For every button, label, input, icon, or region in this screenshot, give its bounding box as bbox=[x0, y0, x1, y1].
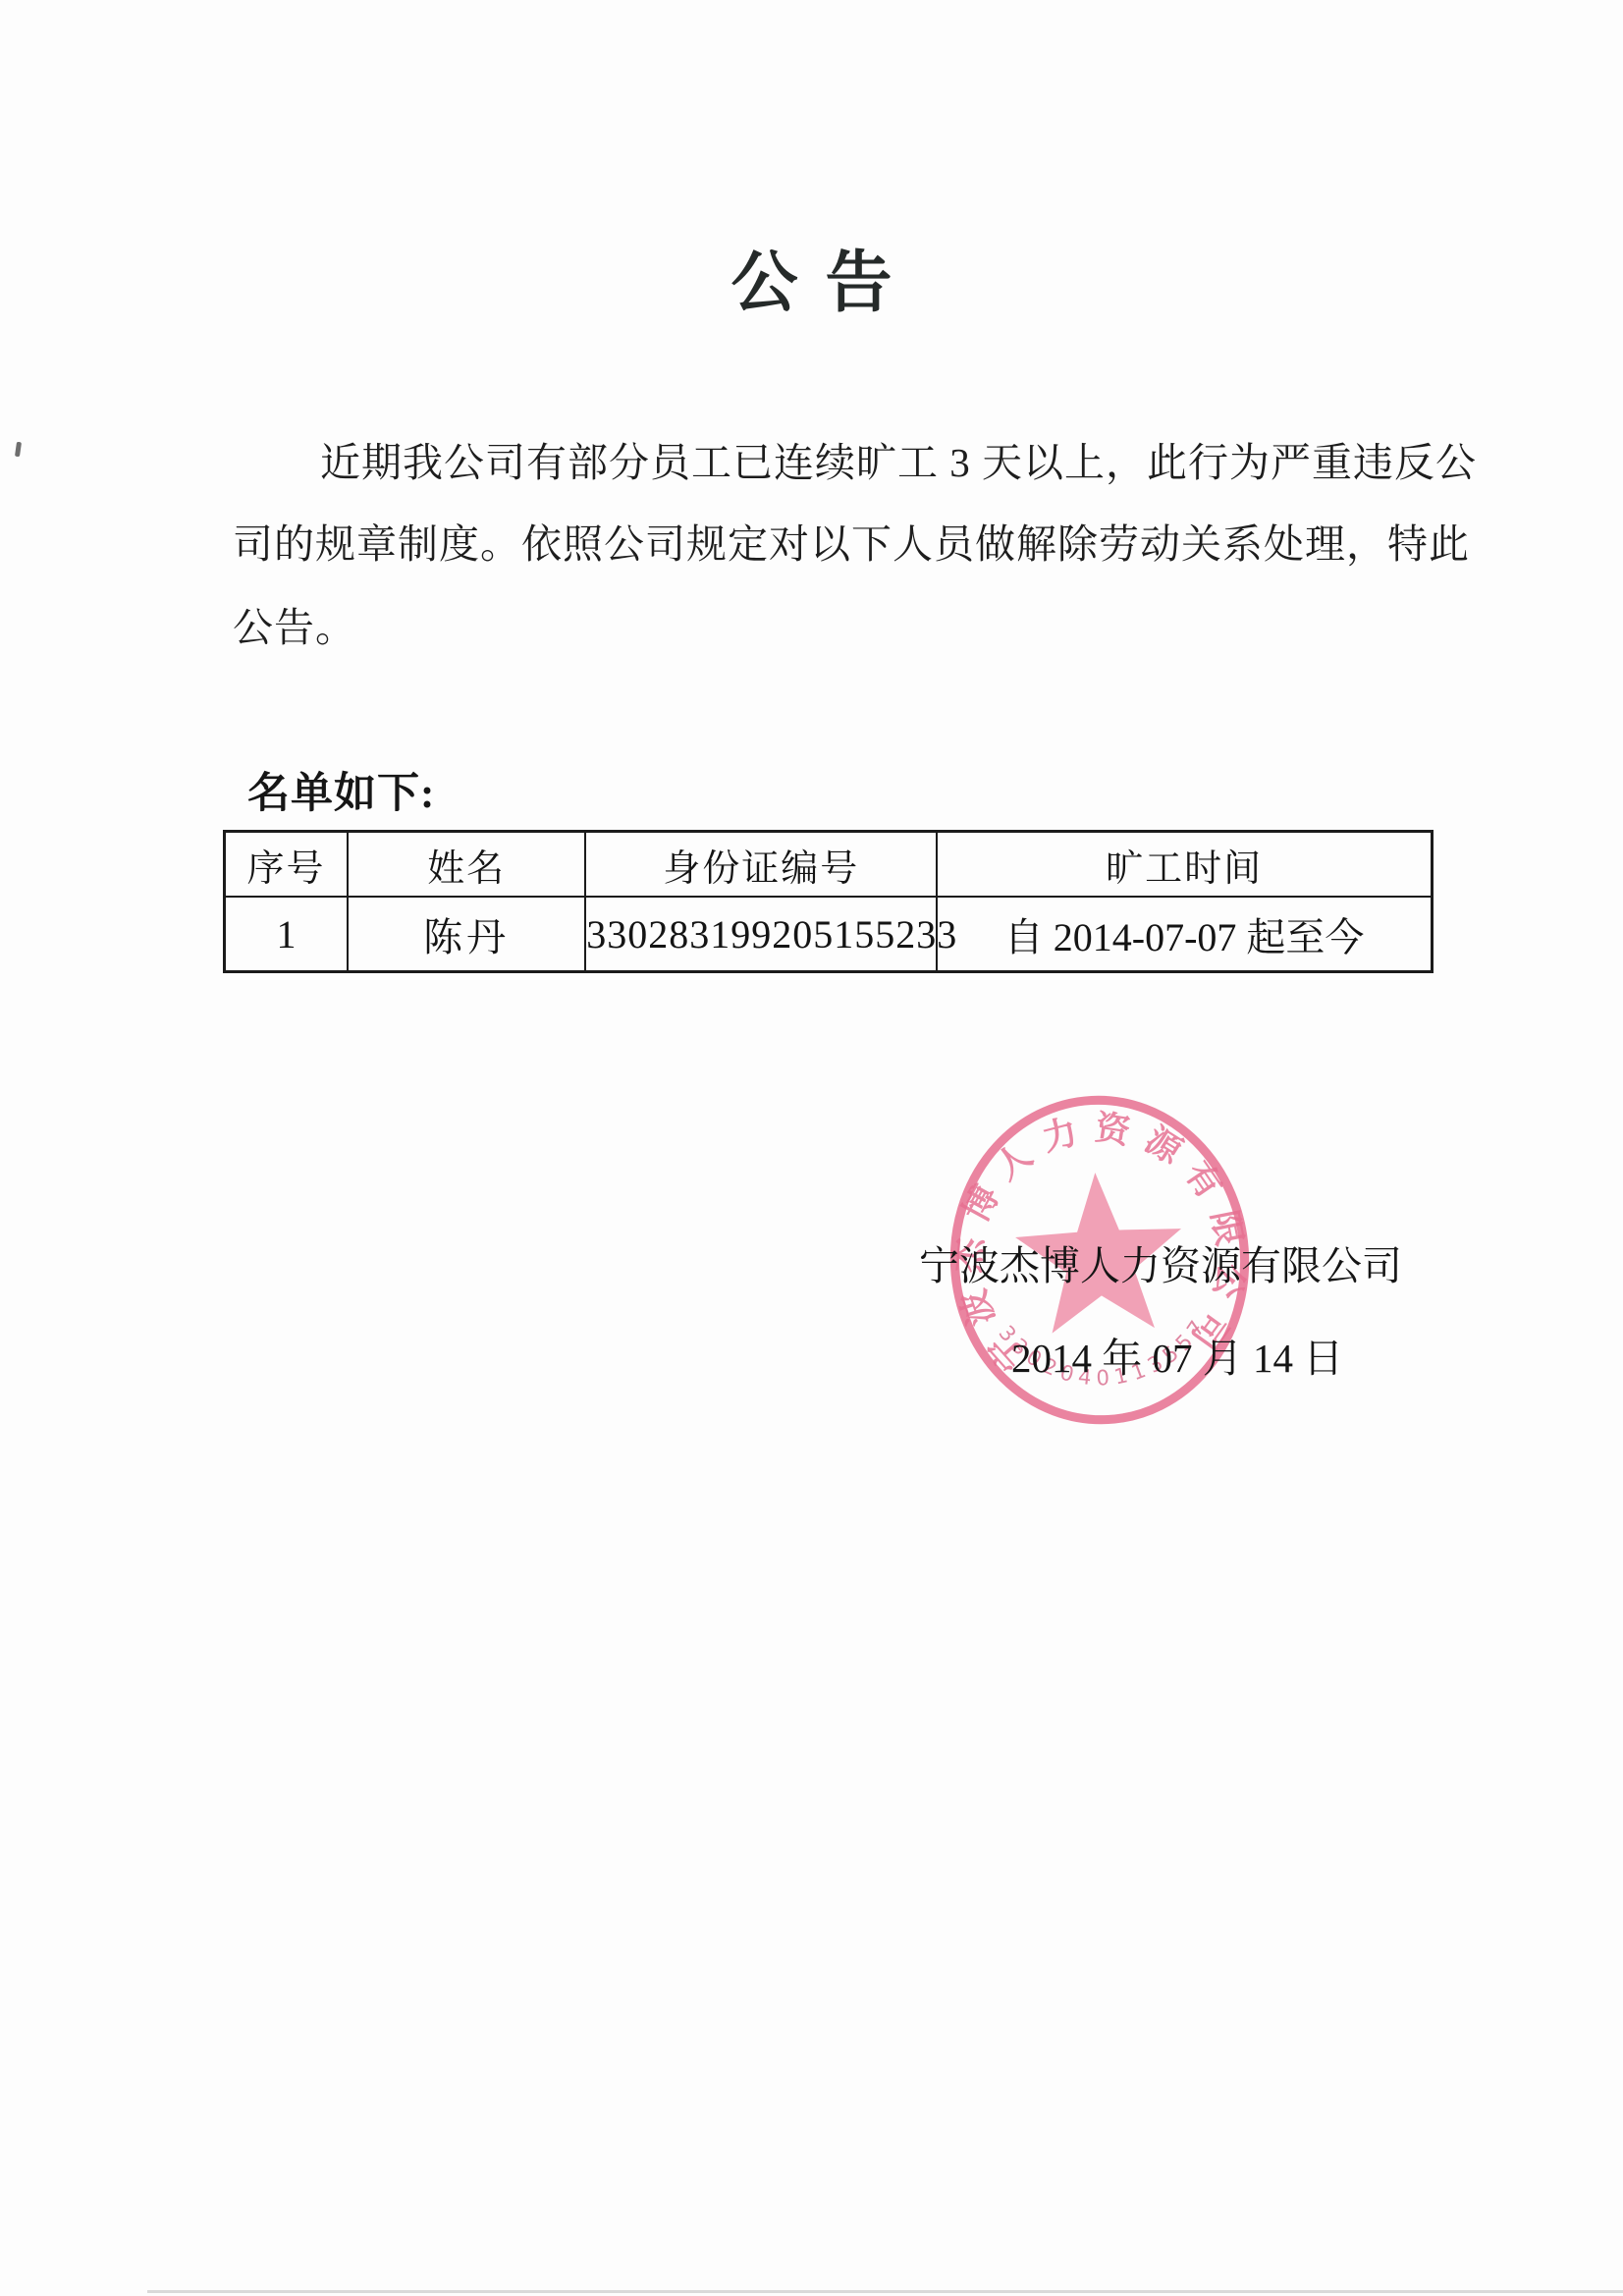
table-row: 1 陈丹 330283199205155233 自 2014-07-07 起至今 bbox=[225, 897, 1433, 972]
body-paragraph-line-3: 公告。 bbox=[233, 595, 356, 653]
table-header-row: 序号 姓名 身份证编号 旷工时间 bbox=[225, 832, 1433, 898]
column-header-index: 序号 bbox=[225, 832, 348, 898]
scan-edge-line bbox=[147, 2290, 1623, 2293]
column-header-id-number: 身份证编号 bbox=[585, 832, 937, 898]
cell-id-number: 330283199205155233 bbox=[585, 897, 937, 972]
document-page: 公告 近期我公司有部分员工已连续旷工 3 天以上，此行为严重违反公 司的规章制度… bbox=[0, 0, 1623, 2296]
column-header-name: 姓名 bbox=[348, 832, 585, 898]
cell-index: 1 bbox=[225, 897, 348, 972]
list-heading: 名单如下: bbox=[247, 760, 435, 820]
cell-absence-time: 自 2014-07-07 起至今 bbox=[937, 897, 1432, 972]
body-paragraph-line-1: 近期我公司有部分员工已连续旷工 3 天以上，此行为严重违反公 bbox=[320, 430, 1477, 488]
column-header-absence-time: 旷工时间 bbox=[937, 832, 1432, 898]
page-title: 公告 bbox=[0, 230, 1623, 325]
roster-table: 序号 姓名 身份证编号 旷工时间 1 陈丹 330283199205155233… bbox=[223, 830, 1434, 973]
signature-date: 2014 年 07 月 14 日 bbox=[1011, 1326, 1343, 1384]
body-paragraph-line-2: 司的规章制度。依照公司规定对以下人员做解除劳动关系处理，特此 bbox=[233, 512, 1470, 570]
cell-name: 陈丹 bbox=[348, 897, 585, 972]
scan-speck bbox=[15, 442, 22, 458]
company-signature: 宁波杰博人力资源有限公司 bbox=[919, 1233, 1402, 1291]
